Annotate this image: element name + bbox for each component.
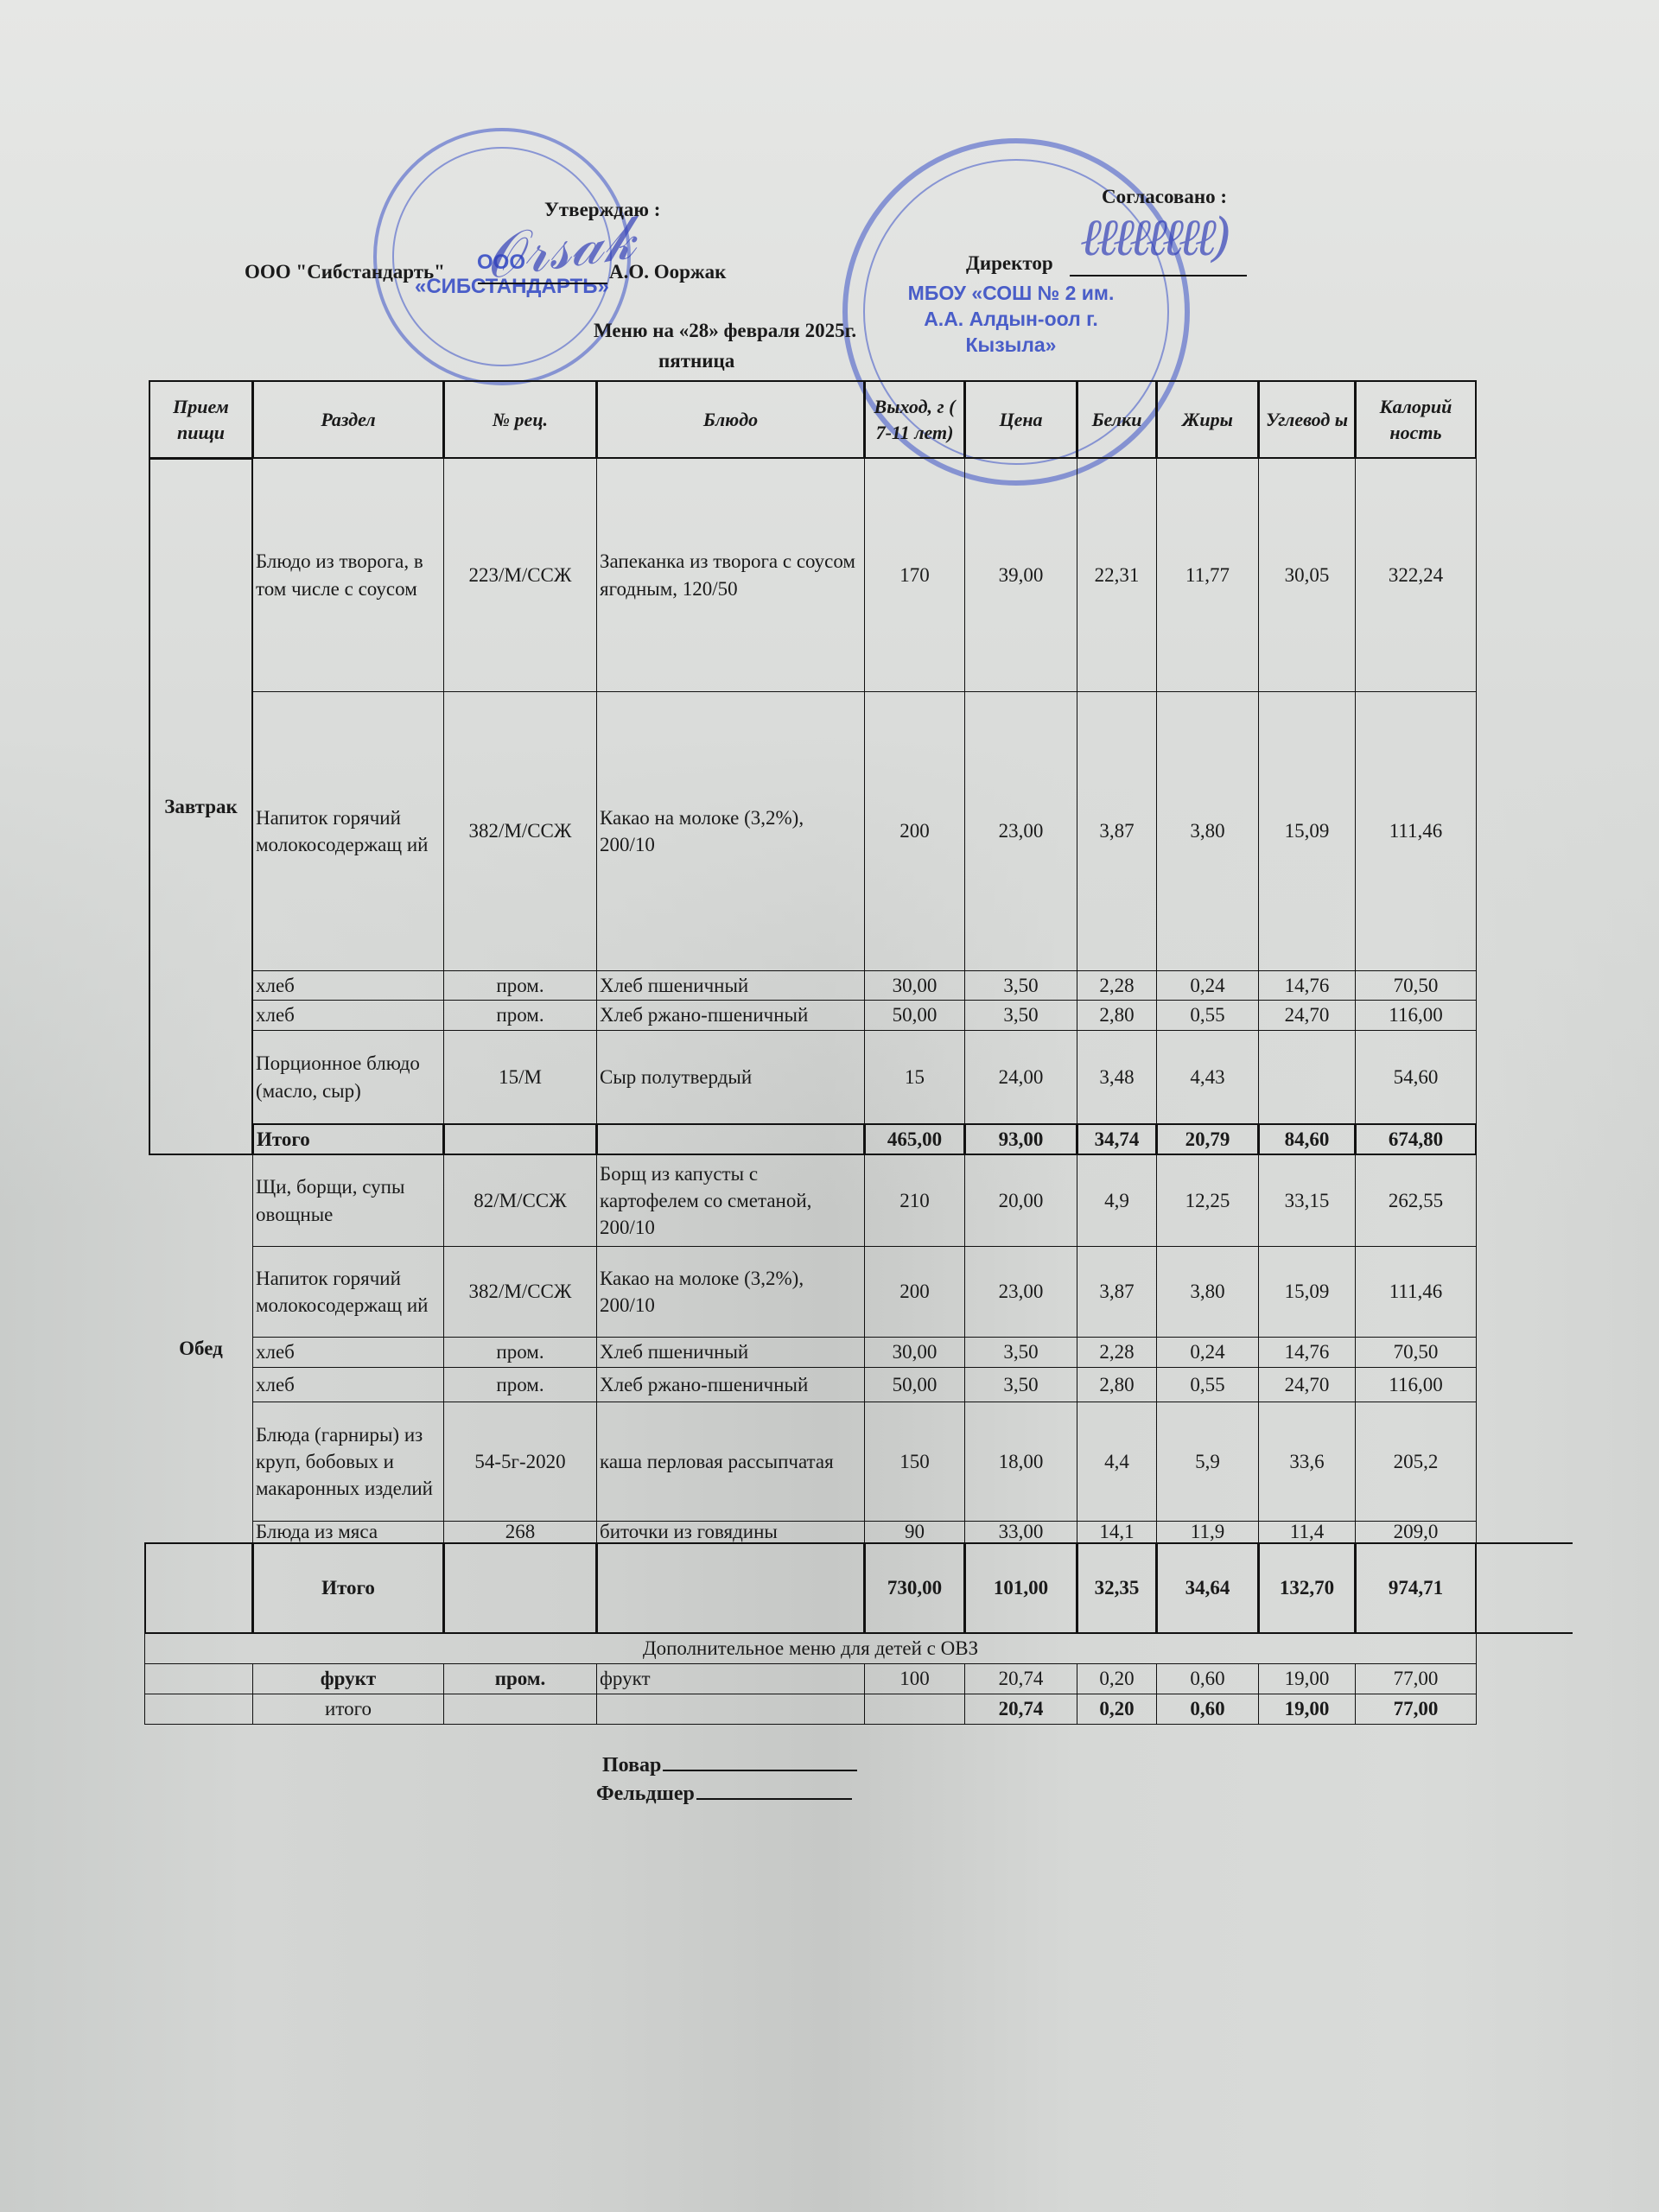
cell-section: Блюда (гарниры) из круп, бобовых и макар… <box>252 1402 444 1522</box>
cell-fats: 3,80 <box>1156 691 1259 971</box>
cell-recipe: 82/М/ССЖ <box>443 1154 597 1247</box>
cell-price: 18,00 <box>964 1402 1077 1522</box>
cell-text: 20,00 <box>999 1187 1044 1214</box>
meal-label-breakfast: Завтрак <box>149 458 253 1155</box>
extra-total-dish <box>596 1694 865 1725</box>
cell-carbs: 24,70 <box>1258 1000 1356 1031</box>
cook-signature-field: Повар <box>602 1754 857 1777</box>
cell-text: пром. <box>495 1665 546 1692</box>
cell-price: 23,00 <box>964 691 1077 971</box>
lunch-total-carbs: 132,70 <box>1258 1542 1356 1634</box>
cell-fats: 5,9 <box>1156 1402 1259 1522</box>
cell-recipe: 223/М/ССЖ <box>443 458 597 692</box>
cell-carbs: 14,76 <box>1258 970 1356 1001</box>
cell-dish: Борщ из капусты с картофелем со сметаной… <box>596 1154 865 1247</box>
approver-name: А.О. Ооржак <box>609 261 726 283</box>
cell-calories: 322,24 <box>1355 458 1477 692</box>
cell-text: 18,00 <box>999 1448 1044 1475</box>
table-rule <box>1476 1632 1573 1634</box>
cell-text: хлеб <box>256 972 295 999</box>
lunch-total-blank <box>144 1542 253 1634</box>
cell-section: Напиток горячий молокосодержащ ий <box>252 1246 444 1338</box>
lunch-total-fats: 34,64 <box>1156 1542 1259 1634</box>
meal-label-lunch: Обед <box>149 1154 253 1543</box>
cell-fats: 0,24 <box>1156 1337 1259 1368</box>
cell-text: 19,00 <box>1285 1665 1330 1692</box>
cell-text: 20,79 <box>1185 1126 1230 1153</box>
breakfast-total-recipe <box>443 1123 597 1155</box>
cell-fats: 11,9 <box>1156 1521 1259 1543</box>
cell-proteins: 2,80 <box>1077 1367 1157 1402</box>
cell-text: 20,74 <box>999 1695 1044 1722</box>
cell-section: хлеб <box>252 1367 444 1402</box>
cell-dish: Хлеб пшеничный <box>596 970 865 1001</box>
cell-carbs: 24,70 <box>1258 1367 1356 1402</box>
cell-text: 77,00 <box>1394 1695 1439 1722</box>
cell-text: Белки <box>1092 407 1142 433</box>
cell-text: 14,76 <box>1285 972 1330 999</box>
breakfast-total-proteins: 34,74 <box>1077 1123 1157 1155</box>
medic-label: Фельдшер <box>596 1783 695 1805</box>
director-label: Директор <box>966 252 1053 275</box>
cell-text: 15,09 <box>1285 817 1330 844</box>
cell-text: 382/М/ССЖ <box>468 817 571 844</box>
cell-text: 223/М/ССЖ <box>468 562 571 588</box>
cell-text: 210 <box>899 1187 930 1214</box>
cell-text: Итого <box>321 1574 375 1601</box>
cell-proteins: 2,80 <box>1077 1000 1157 1031</box>
cell-calories: 111,46 <box>1355 691 1477 971</box>
breakfast-total-dish <box>596 1123 865 1155</box>
extra-total-section: итого <box>252 1694 444 1725</box>
cell-text: 3,87 <box>1099 817 1134 844</box>
cell-dish: Хлеб ржано-пшеничный <box>596 1367 865 1402</box>
cell-proteins: 3,87 <box>1077 691 1157 971</box>
lunch-total-price: 101,00 <box>964 1542 1077 1634</box>
cell-calories: 116,00 <box>1355 1000 1477 1031</box>
cell-text: Напиток горячий молокосодержащ ий <box>256 1265 441 1319</box>
cell-recipe: 382/М/ССЖ <box>443 691 597 971</box>
cell-text: 0,20 <box>1099 1695 1134 1722</box>
cell-text: Хлеб пшеничный <box>600 1338 748 1365</box>
cell-recipe: 268 <box>443 1521 597 1543</box>
breakfast-total-carbs: 84,60 <box>1258 1123 1356 1155</box>
extra-yield: 100 <box>864 1663 965 1694</box>
cell-yield: 90 <box>864 1521 965 1543</box>
cell-recipe: пром. <box>443 1000 597 1031</box>
lunch-total-calories: 974,71 <box>1355 1542 1477 1634</box>
cell-price: 39,00 <box>964 458 1077 692</box>
cell-carbs: 14,76 <box>1258 1337 1356 1368</box>
cell-yield: 15 <box>864 1030 965 1124</box>
cell-text: 15/М <box>499 1064 542 1090</box>
cell-text: Жиры <box>1182 407 1233 433</box>
cell-text: Какао на молоке (3,2%), 200/10 <box>600 804 861 858</box>
cell-text: 11,4 <box>1290 1521 1324 1543</box>
cell-text: 3,50 <box>1003 1371 1038 1398</box>
cell-text: 382/М/ССЖ <box>468 1278 571 1305</box>
cell-text: 730,00 <box>887 1574 942 1601</box>
cell-text: пром. <box>496 1001 543 1028</box>
lunch-total-proteins: 32,35 <box>1077 1542 1157 1634</box>
cell-carbs: 11,4 <box>1258 1521 1356 1543</box>
cell-text: фрукт <box>321 1665 376 1692</box>
extra-total-fats: 0,60 <box>1156 1694 1259 1725</box>
cell-carbs <box>1258 1030 1356 1124</box>
cell-text: 32,35 <box>1095 1574 1140 1601</box>
cell-proteins: 2,28 <box>1077 970 1157 1001</box>
cell-text: 262,55 <box>1389 1187 1443 1214</box>
cell-yield: 210 <box>864 1154 965 1247</box>
cell-text: Калорий ность <box>1359 394 1472 445</box>
cell-text: 22,31 <box>1095 562 1140 588</box>
lunch-total-section: Итого <box>252 1542 444 1634</box>
cell-text: хлеб <box>256 1338 295 1365</box>
cell-yield: 50,00 <box>864 1000 965 1031</box>
cell-calories: 70,50 <box>1355 1337 1477 1368</box>
extra-total-calories: 77,00 <box>1355 1694 1477 1725</box>
extra-price: 20,74 <box>964 1663 1077 1694</box>
cell-proteins: 22,31 <box>1077 458 1157 692</box>
column-header-section: Раздел <box>252 380 444 459</box>
breakfast-total-calories: 674,80 <box>1355 1123 1477 1155</box>
cell-proteins: 14,1 <box>1077 1521 1157 1543</box>
cell-text: Блюдо <box>703 407 758 433</box>
extra-calories: 77,00 <box>1355 1663 1477 1694</box>
cell-dish: Хлеб пшеничный <box>596 1337 865 1368</box>
column-header-yield: Выход, г ( 7-11 лет) <box>864 380 965 459</box>
cell-text: Хлеб ржано-пшеничный <box>600 1371 808 1398</box>
cell-text: 84,60 <box>1285 1126 1330 1153</box>
cell-text: 150 <box>899 1448 930 1475</box>
cell-text: 3,80 <box>1190 817 1224 844</box>
cell-dish: биточки из говядины <box>596 1521 865 1543</box>
cell-text: 39,00 <box>999 562 1044 588</box>
cell-text: Хлеб ржано-пшеничный <box>600 1001 808 1028</box>
cell-text: 24,00 <box>999 1064 1044 1090</box>
right-stamp-text: МБОУ «СОШ № 2 им. А.А. Алдын-оол г. Кызы… <box>903 281 1119 359</box>
cell-text: 93,00 <box>999 1126 1044 1153</box>
cell-text: 3,48 <box>1099 1064 1134 1090</box>
cell-text: 34,64 <box>1185 1574 1230 1601</box>
cell-dish: Какао на молоке (3,2%), 200/10 <box>596 1246 865 1338</box>
cell-text: 322,24 <box>1389 562 1443 588</box>
cell-fats: 4,43 <box>1156 1030 1259 1124</box>
director-signature-line <box>1070 275 1247 276</box>
cell-fats: 12,25 <box>1156 1154 1259 1247</box>
cell-yield: 200 <box>864 1246 965 1338</box>
cell-proteins: 3,87 <box>1077 1246 1157 1338</box>
lunch-total-recipe <box>443 1542 597 1634</box>
cell-fats: 0,55 <box>1156 1000 1259 1031</box>
cell-recipe: пром. <box>443 970 597 1001</box>
agreed-label: Согласовано : <box>1102 186 1227 208</box>
cook-label: Повар <box>602 1754 661 1777</box>
cell-carbs: 33,15 <box>1258 1154 1356 1247</box>
cell-text: 101,00 <box>994 1574 1048 1601</box>
cell-text: 20,74 <box>999 1665 1044 1692</box>
cell-text: 170 <box>899 562 930 588</box>
cell-fats: 3,80 <box>1156 1246 1259 1338</box>
right-signature-icon: ℓℓℓℓℓℓℓℓ) <box>1080 207 1226 268</box>
cell-section: Напиток горячий молокосодержащ ий <box>252 691 444 971</box>
cell-text: 5,9 <box>1195 1448 1220 1475</box>
cell-text: 50,00 <box>893 1001 938 1028</box>
column-header-meal: Прием пищи <box>149 380 253 459</box>
cell-text: Выход, г ( 7-11 лет) <box>868 394 961 445</box>
cell-text: 30,00 <box>893 972 938 999</box>
cell-text: 209,0 <box>1394 1521 1439 1543</box>
menu-title: Меню на «28» февраля 2025г. <box>594 320 856 342</box>
cell-text: 111,46 <box>1389 1278 1443 1305</box>
cell-carbs: 15,09 <box>1258 691 1356 971</box>
cell-yield: 30,00 <box>864 1337 965 1368</box>
cell-text: 4,43 <box>1190 1064 1224 1090</box>
cell-text: хлеб <box>256 1371 295 1398</box>
cell-yield: 50,00 <box>864 1367 965 1402</box>
breakfast-total-section: Итого <box>252 1123 444 1155</box>
cell-proteins: 4,9 <box>1077 1154 1157 1247</box>
extra-total-carbs: 19,00 <box>1258 1694 1356 1725</box>
extra-total-recipe <box>443 1694 597 1725</box>
cell-text: 205,2 <box>1394 1448 1439 1475</box>
cell-text: Напиток горячий молокосодержащ ий <box>256 804 441 858</box>
cell-yield: 30,00 <box>864 970 965 1001</box>
cell-text: 3,50 <box>1003 972 1038 999</box>
cell-text: 15 <box>905 1064 925 1090</box>
cell-price: 3,50 <box>964 1337 1077 1368</box>
extra-total-price: 20,74 <box>964 1694 1077 1725</box>
cell-carbs: 33,6 <box>1258 1402 1356 1522</box>
cell-text: 268 <box>505 1521 536 1543</box>
breakfast-total-fats: 20,79 <box>1156 1123 1259 1155</box>
lunch-total-dish <box>596 1542 865 1634</box>
cell-recipe: пром. <box>443 1367 597 1402</box>
table-rule <box>1476 1542 1573 1544</box>
cell-text: 116,00 <box>1389 1001 1442 1028</box>
cell-dish: Запеканка из творога с соусом ягодным, 1… <box>596 458 865 692</box>
cell-recipe: 54-5г-2020 <box>443 1402 597 1522</box>
approver-signature-line <box>478 283 607 284</box>
cell-text: 4,4 <box>1104 1448 1129 1475</box>
cell-text: 0,55 <box>1190 1001 1224 1028</box>
cell-text: 12,25 <box>1185 1187 1230 1214</box>
cell-recipe: 15/М <box>443 1030 597 1124</box>
cell-calories: 205,2 <box>1355 1402 1477 1522</box>
cell-calories: 209,0 <box>1355 1521 1477 1543</box>
cell-section: Щи, борщи, супы овощные <box>252 1154 444 1247</box>
extra-dish: фрукт <box>596 1663 865 1694</box>
cell-text: 50,00 <box>893 1371 938 1398</box>
cell-text: Раздел <box>321 407 375 433</box>
cell-text: Блюда из мяса <box>256 1521 378 1543</box>
cell-text: 3,80 <box>1190 1278 1224 1305</box>
cell-text: 77,00 <box>1394 1665 1439 1692</box>
cell-proteins: 4,4 <box>1077 1402 1157 1522</box>
column-header-proteins: Белки <box>1077 380 1157 459</box>
cell-text: 15,09 <box>1285 1278 1330 1305</box>
column-header-calories: Калорий ность <box>1355 380 1477 459</box>
cell-calories: 54,60 <box>1355 1030 1477 1124</box>
extra-fats: 0,60 <box>1156 1663 1259 1694</box>
cell-text: 70,50 <box>1394 972 1439 999</box>
cell-yield: 170 <box>864 458 965 692</box>
breakfast-total-price: 93,00 <box>964 1123 1077 1155</box>
extra-total-yield <box>864 1694 965 1725</box>
cell-fats: 11,77 <box>1156 458 1259 692</box>
cell-text: Цена <box>999 407 1042 433</box>
cell-text: фрукт <box>600 1665 651 1692</box>
cell-text: 30,00 <box>893 1338 938 1365</box>
cell-text: 33,6 <box>1289 1448 1324 1475</box>
cell-text: 90 <box>905 1521 925 1543</box>
cell-dish: Какао на молоке (3,2%), 200/10 <box>596 691 865 971</box>
cell-text: 11,77 <box>1185 562 1230 588</box>
cell-text: 23,00 <box>999 817 1044 844</box>
cell-text: 24,70 <box>1285 1371 1330 1398</box>
lunch-total-yield: 730,00 <box>864 1542 965 1634</box>
cell-yield: 150 <box>864 1402 965 1522</box>
cell-text: Блюдо из творога, в том числе с соусом <box>256 548 441 601</box>
cell-text: 2,80 <box>1099 1001 1134 1028</box>
cell-section: хлеб <box>252 970 444 1001</box>
cell-section: Порционное блюдо (масло, сыр) <box>252 1030 444 1124</box>
cell-price: 33,00 <box>964 1521 1077 1543</box>
cell-text: 0,60 <box>1190 1665 1224 1692</box>
cell-price: 23,00 <box>964 1246 1077 1338</box>
cell-text: 3,87 <box>1099 1278 1134 1305</box>
cell-text: 4,9 <box>1104 1187 1129 1214</box>
cell-text: итого <box>325 1695 372 1722</box>
cell-text: Хлеб пшеничный <box>600 972 748 999</box>
cell-text: 54-5г-2020 <box>474 1448 565 1475</box>
cell-text: 2,80 <box>1099 1371 1134 1398</box>
cell-text: Прием пищи <box>153 394 249 445</box>
cell-text: 14,76 <box>1285 1338 1330 1365</box>
extra-menu-title: Дополнительное меню для детей с ОВЗ <box>144 1633 1477 1664</box>
cell-section: Блюда из мяса <box>252 1521 444 1543</box>
cell-text: Борщ из капусты с картофелем со сметаной… <box>600 1160 861 1241</box>
cell-text: 0,24 <box>1190 972 1224 999</box>
cell-dish: каша перловая рассыпчатая <box>596 1402 865 1522</box>
cell-text: Сыр полутвердый <box>600 1064 752 1090</box>
cell-text: Щи, борщи, супы овощные <box>256 1173 441 1227</box>
cell-text: 14,1 <box>1099 1521 1134 1543</box>
cell-text: 465,00 <box>887 1126 942 1153</box>
cell-text: 3,50 <box>1003 1001 1038 1028</box>
cell-fats: 0,55 <box>1156 1367 1259 1402</box>
cell-text: 2,28 <box>1099 1338 1134 1365</box>
cell-text: 0,55 <box>1190 1371 1224 1398</box>
cell-text: пром. <box>496 1338 543 1365</box>
cell-text: 674,80 <box>1389 1126 1443 1153</box>
cell-text: Блюда (гарниры) из круп, бобовых и макар… <box>256 1421 441 1502</box>
cell-section: Блюдо из творога, в том числе с соусом <box>252 458 444 692</box>
cell-text: биточки из говядины <box>600 1521 778 1543</box>
cell-text: 974,71 <box>1389 1574 1443 1601</box>
cell-calories: 262,55 <box>1355 1154 1477 1247</box>
cell-text: 100 <box>899 1665 930 1692</box>
cell-text: Завтрак <box>164 793 238 820</box>
cell-text: Итого <box>257 1126 310 1153</box>
cell-text: 0,20 <box>1099 1665 1134 1692</box>
cell-text: 54,60 <box>1394 1064 1439 1090</box>
cell-text: 33,00 <box>999 1521 1044 1543</box>
cell-text: пром. <box>496 1371 543 1398</box>
column-header-fats: Жиры <box>1156 380 1259 459</box>
cell-text: 30,05 <box>1285 562 1330 588</box>
approve-label: Утверждаю : <box>544 199 660 221</box>
cell-text: 33,15 <box>1285 1187 1330 1214</box>
weekday: пятница <box>658 350 734 372</box>
cell-calories: 111,46 <box>1355 1246 1477 1338</box>
cell-yield: 200 <box>864 691 965 971</box>
table-edge <box>1476 1542 1573 1634</box>
cell-text: 70,50 <box>1394 1338 1439 1365</box>
cell-text: 0,24 <box>1190 1338 1224 1365</box>
cell-carbs: 30,05 <box>1258 458 1356 692</box>
cell-text: 0,60 <box>1190 1695 1224 1722</box>
breakfast-total-yield: 465,00 <box>864 1123 965 1155</box>
approver-org: ООО "Сибстандарть" <box>245 261 445 283</box>
cell-text: хлеб <box>256 1001 295 1028</box>
cell-text: 116,00 <box>1389 1371 1442 1398</box>
cell-text: Обед <box>179 1335 223 1362</box>
extra-section: фрукт <box>252 1663 444 1694</box>
cell-section: хлеб <box>252 1000 444 1031</box>
cell-calories: 70,50 <box>1355 970 1477 1001</box>
extra-total-proteins: 0,20 <box>1077 1694 1157 1725</box>
extra-total-blank <box>144 1694 253 1725</box>
cell-text: 24,70 <box>1285 1001 1330 1028</box>
column-header-price: Цена <box>964 380 1077 459</box>
cell-text: 23,00 <box>999 1278 1044 1305</box>
cell-text: 3,50 <box>1003 1338 1038 1365</box>
cell-text: № рец. <box>493 407 548 433</box>
cell-dish: Сыр полутвердый <box>596 1030 865 1124</box>
cell-dish: Хлеб ржано-пшеничный <box>596 1000 865 1031</box>
column-header-carbs: Углевод ы <box>1258 380 1356 459</box>
cell-price: 3,50 <box>964 1000 1077 1031</box>
cell-text: Углевод ы <box>1266 407 1348 433</box>
cell-text: Какао на молоке (3,2%), 200/10 <box>600 1265 861 1319</box>
cell-text: каша перловая рассыпчатая <box>600 1448 834 1475</box>
extra-blank <box>144 1663 253 1694</box>
cell-text: 200 <box>899 1278 930 1305</box>
cell-text: Запеканка из творога с соусом ягодным, 1… <box>600 548 861 601</box>
cell-calories: 116,00 <box>1355 1367 1477 1402</box>
cell-recipe: 382/М/ССЖ <box>443 1246 597 1338</box>
cell-price: 20,00 <box>964 1154 1077 1247</box>
column-header-dish: Блюдо <box>596 380 865 459</box>
cell-text: 2,28 <box>1099 972 1134 999</box>
cell-proteins: 2,28 <box>1077 1337 1157 1368</box>
cell-price: 3,50 <box>964 970 1077 1001</box>
cell-proteins: 3,48 <box>1077 1030 1157 1124</box>
cell-carbs: 15,09 <box>1258 1246 1356 1338</box>
cell-text: пром. <box>496 972 543 999</box>
cell-price: 24,00 <box>964 1030 1077 1124</box>
cell-text: 11,9 <box>1191 1521 1224 1543</box>
cell-price: 3,50 <box>964 1367 1077 1402</box>
cell-text: 34,74 <box>1095 1126 1140 1153</box>
cell-section: хлеб <box>252 1337 444 1368</box>
cell-text: 19,00 <box>1285 1695 1330 1722</box>
cell-text: 200 <box>899 817 930 844</box>
cell-text: 111,46 <box>1389 817 1443 844</box>
extra-recipe: пром. <box>443 1663 597 1694</box>
extra-proteins: 0,20 <box>1077 1663 1157 1694</box>
